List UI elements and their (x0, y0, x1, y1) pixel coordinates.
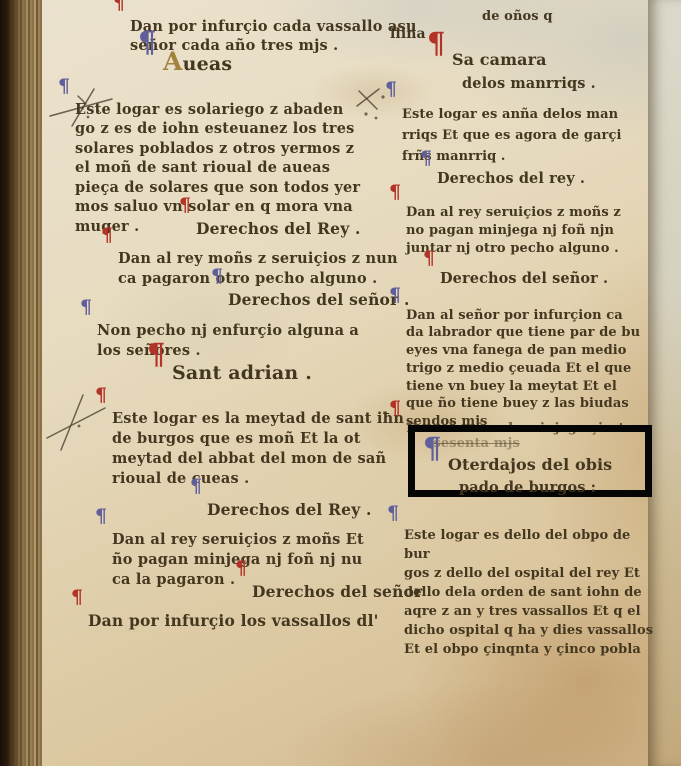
entry-paragraph: ¶Dan por infurçio los vassallos dl' (88, 591, 388, 630)
book-binding (0, 0, 42, 766)
heading-text: pado de burgos : (459, 479, 596, 496)
pilcrow-icon: ¶ (58, 77, 70, 96)
paragraph-text: Dan por infurçio los vassallos dl' (88, 611, 379, 630)
pilcrow-icon: ¶ (389, 183, 401, 202)
pilcrow-icon: ¶ (427, 29, 446, 58)
pilcrow-icon: ¶ (389, 399, 401, 418)
manuscript-page: ¶Dan por infurçio cada vassallo asu seño… (0, 0, 681, 766)
heading-text: Derechos del señor . (440, 270, 608, 287)
section-heading-derechos-rey: ¶Derechos del rey . (437, 152, 681, 188)
pilcrow-icon: ¶ (423, 434, 442, 463)
heading-text: Derechos del rey . (437, 170, 585, 187)
pilcrow-icon: ¶ (138, 28, 157, 57)
pilcrow-icon: ¶ (71, 588, 83, 607)
place-heading-oterdajos-line2: pado de burgos : (459, 461, 681, 497)
heading-text: Aueas (163, 52, 232, 75)
pilcrow-icon: ¶ (113, 0, 125, 13)
pilcrow-icon: ¶ (385, 80, 397, 99)
pilcrow-icon: ¶ (389, 286, 401, 305)
paragraph-text: Este logar es la meytad de sant iħn de b… (112, 410, 404, 487)
pilcrow-icon: ¶ (101, 226, 113, 245)
pilcrow-icon: ¶ (420, 149, 432, 168)
paragraph-text: Este logar es dello del obpo de bur gos … (404, 528, 653, 657)
pilcrow-icon: ¶ (423, 249, 435, 268)
entry-paragraph: ¶Este logar es dello del obpo de bur gos… (404, 507, 654, 659)
pilcrow-icon: ¶ (235, 559, 247, 578)
entry-paragraph: ¶Dan al rey seruiçios z moñs z no pagan … (406, 186, 656, 258)
pilcrow-icon: ¶ (190, 477, 202, 496)
section-heading-derechos-senor: ¶Derechos del señor . (440, 252, 681, 288)
pilcrow-icon: ¶ (387, 504, 399, 523)
pilcrow-icon: ¶ (211, 267, 223, 286)
heading-text: Sant adrian . (172, 362, 312, 384)
pilcrow-icon: ¶ (95, 386, 107, 405)
paragraph-text: Dan al rey seruiçios z moñs z no pagan m… (406, 205, 621, 256)
pilcrow-icon: ¶ (80, 298, 92, 317)
entry-paragraph: ¶Este logar es la meytad de sant iħn de … (112, 389, 412, 489)
pilcrow-icon: ¶ (147, 340, 166, 369)
pilcrow-icon: ¶ (95, 507, 107, 526)
pilcrow-icon: ¶ (179, 196, 191, 215)
